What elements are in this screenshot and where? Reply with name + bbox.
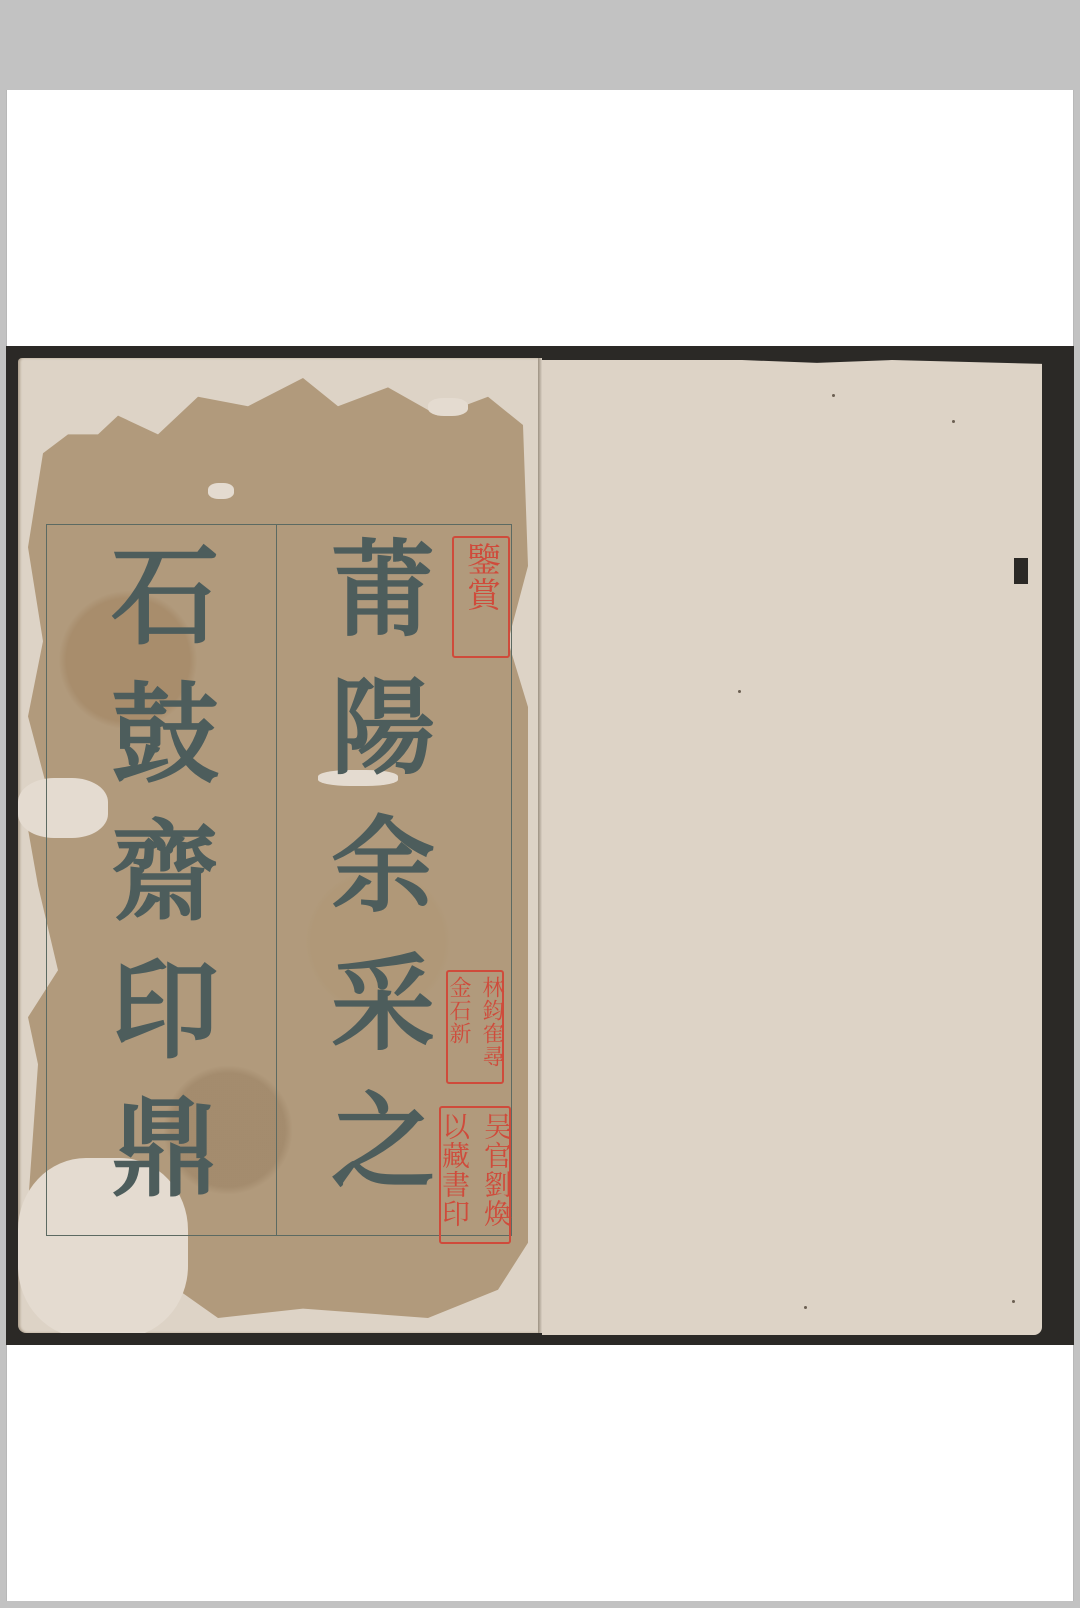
collector-seal-middle: 林鈞隺尋 金石新 <box>446 970 504 1084</box>
book-spine-fold <box>538 358 542 1333</box>
title-char: 陽 <box>331 676 435 814</box>
paper-speck <box>738 690 741 693</box>
collector-seal-top: 鑒賞 <box>452 536 510 658</box>
paper-speck <box>832 394 835 397</box>
title-char: 莆 <box>331 538 435 676</box>
title-char: 采 <box>331 952 435 1090</box>
book-scan-image: 莆 陽 余 采 之 石 鼓 齋 印 鼎 鑒賞 林鈞隺尋 金石新 吴官劉煥 以藏書… <box>6 346 1074 1345</box>
title-char: 齋 <box>111 819 219 957</box>
title-char: 鼓 <box>111 681 219 819</box>
paper-tear <box>428 398 468 416</box>
front-cover-page: 莆 陽 余 采 之 石 鼓 齋 印 鼎 鑒賞 林鈞隺尋 金石新 吴官劉煥 以藏書… <box>18 358 540 1333</box>
seal-text: 林鈞隺尋 <box>476 976 507 1078</box>
collector-seal-bottom: 吴官劉煥 以藏書印 <box>439 1106 511 1244</box>
seal-text: 金石新 <box>443 976 474 1078</box>
paper-tear <box>208 483 234 499</box>
column-divider <box>276 524 277 1236</box>
seal-text: 鑒賞 <box>457 542 506 652</box>
blank-right-page <box>542 360 1042 1335</box>
paper-speck <box>1012 1300 1015 1303</box>
title-char: 印 <box>111 957 219 1095</box>
page-edge-notch <box>1014 558 1028 584</box>
paper-speck <box>952 420 955 423</box>
seal-text: 以藏書印 <box>434 1112 474 1238</box>
paper-speck <box>804 1306 807 1309</box>
title-char: 余 <box>331 814 435 952</box>
title-column-right: 莆 陽 余 采 之 <box>318 538 448 1228</box>
title-column-left: 石 鼓 齋 印 鼎 <box>90 543 240 1233</box>
seal-text: 吴官劉煥 <box>476 1112 516 1238</box>
title-char: 之 <box>331 1090 435 1228</box>
title-char: 鼎 <box>111 1095 219 1233</box>
title-char: 石 <box>111 543 219 681</box>
